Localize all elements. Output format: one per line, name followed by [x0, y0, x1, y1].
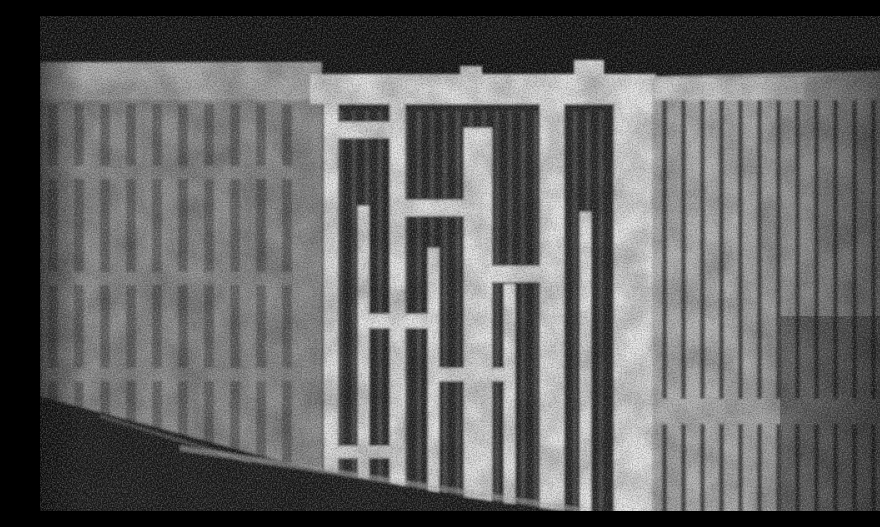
photo-canvas [40, 16, 880, 511]
cage-photograph: Grainy black-and-white photograph of a l… [40, 16, 880, 511]
film-grain-black-overlay [40, 16, 880, 511]
